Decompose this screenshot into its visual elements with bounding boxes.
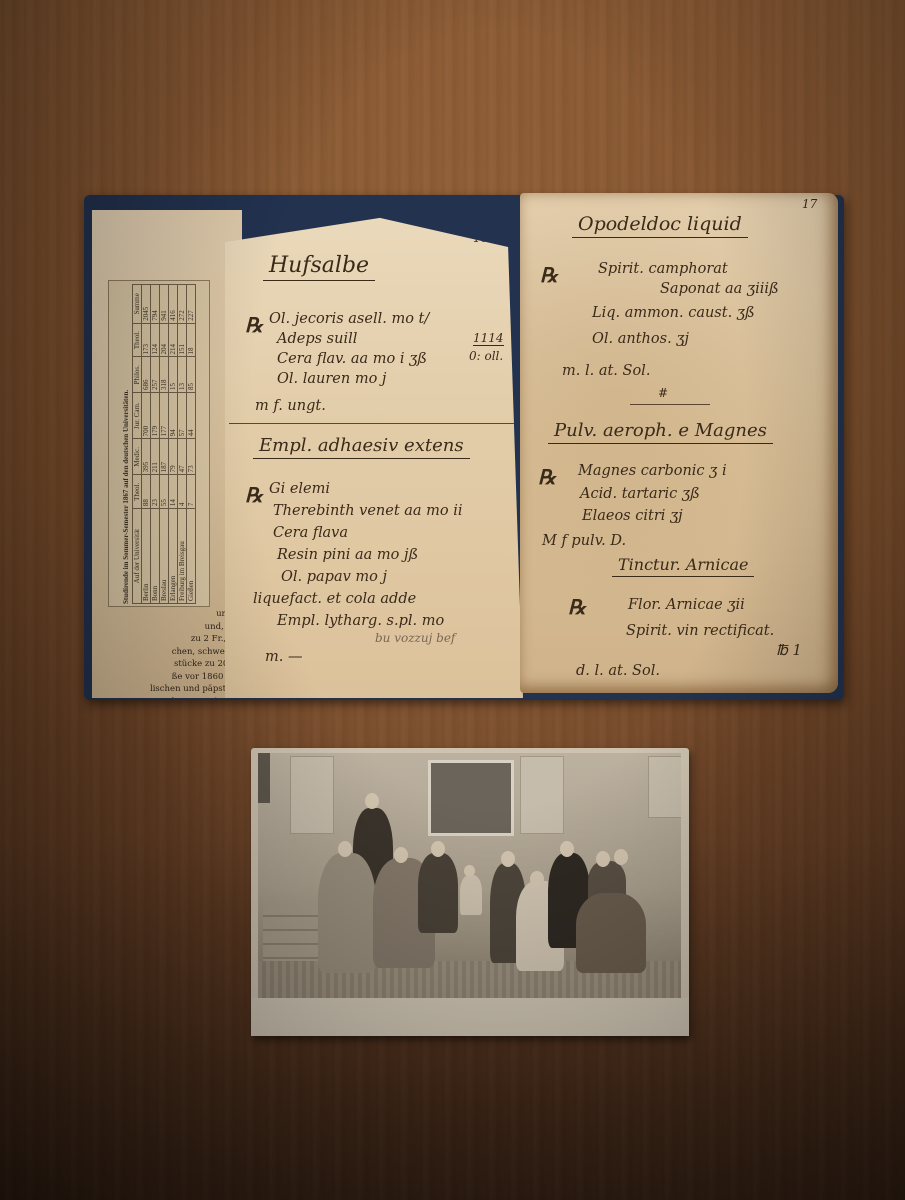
photo-person (318, 853, 376, 973)
clipping-cell: 79 (169, 438, 178, 474)
clipping-header: Auf der Universität (133, 508, 142, 603)
ingredient-line: Acid. tartaric ʒß (580, 486, 700, 502)
photo-shutter (290, 756, 334, 834)
clipping-cell: Berlin (142, 508, 151, 603)
ingredient-line: Flor. Arnicae ʒii (628, 597, 745, 613)
clipping-cell: Freiburg im Breisgau (178, 508, 187, 603)
clipping-cell: 173 (142, 323, 151, 357)
clipping-cell: 700 (142, 392, 151, 438)
photo-person-head (394, 847, 408, 863)
photo-person (576, 893, 646, 973)
photo-person-head (464, 865, 475, 877)
clipping-cell: 179 (151, 392, 160, 438)
clipping-header: Philos. (133, 356, 142, 392)
ingredient-line: Saponat aa ʒiiiß (660, 281, 779, 297)
clipping-cell: 257 (151, 356, 160, 392)
clipping-row: Bonn23211179257124794 (151, 284, 160, 603)
right-page-number: 17 (802, 197, 817, 211)
photo-person-head (596, 851, 610, 867)
recipe-closing: M f pulv. D. (542, 533, 626, 549)
newspaper-clipping-table: Studirende im Sommer-Semester 1867 auf d… (108, 280, 210, 607)
instruction-line: Empl. lytharg. s.pl. mo (277, 613, 444, 629)
clipping-cell: 272 (178, 284, 187, 323)
ingredient-line: Liq. ammon. caust. ʒß (592, 305, 755, 321)
photo-person-head (338, 841, 352, 857)
clipping-cell: 214 (169, 323, 178, 357)
recipe-closing: d. l. at. Sol. (576, 663, 660, 679)
clipping-cell: 941 (160, 284, 169, 323)
faint-line: bu vozzuj bef (375, 631, 455, 645)
ingredient-line: Therebinth venet aa mo ii (273, 503, 463, 519)
photo-image (258, 753, 681, 998)
clipping-cell: 794 (151, 284, 160, 323)
sepia-group-photograph (251, 748, 689, 1036)
recipe-title-empl-adhaesiv: Empl. adhaesiv extens (253, 435, 470, 459)
ingredient-line: ℔ 1 (776, 643, 802, 659)
left-page: 16 S Hufsalbe ℞ Ol. jecoris asell. mo t/… (225, 213, 523, 698)
clipping-cell: 15 (169, 356, 178, 392)
clipping-cell: 151 (178, 323, 187, 357)
clipping-cell: 44 (187, 392, 196, 438)
clipping-cell: 187 (160, 438, 169, 474)
divider-line (630, 404, 710, 405)
recipe-title-hufsalbe: Hufsalbe (263, 253, 375, 281)
clipping-cell: 7 (187, 474, 196, 508)
clipping-cell: 47 (178, 438, 187, 474)
clipping-cell: 4 (178, 474, 187, 508)
clipping-cell: 18 (187, 323, 196, 357)
photo-shutter (520, 756, 564, 834)
clipping-cell: Gießen (187, 508, 196, 603)
ingredient-line: Ol. papav mo j (281, 569, 387, 585)
recipe-title-opodeldoc: Opodeldoc liquid (572, 213, 748, 238)
instruction-line: liquefact. et cola adde (253, 591, 416, 607)
clipping-row: Breslau55187177318204941 (160, 284, 169, 603)
rx-symbol: ℞ (568, 595, 586, 619)
clipping-cell: 395 (142, 438, 151, 474)
clipping-cell: 23 (151, 474, 160, 508)
ingredient-line: Spirit. camphorat (598, 261, 728, 277)
photo-person-head (530, 871, 544, 887)
side-note: 1114 (473, 331, 504, 346)
clipping-cell: 211 (151, 438, 160, 474)
ingredient-line: Ol. lauren mo j (277, 371, 386, 387)
photo-steps (263, 903, 318, 963)
rx-symbol: ℞ (540, 263, 558, 287)
ingredient-line: Resin pini aa mo jß (277, 547, 418, 563)
ingredient-line: Gi elemi (269, 481, 330, 497)
clipping-row: Gießen773448518227 (187, 284, 196, 603)
ingredient-line: Ol. jecoris asell. mo t/ (269, 311, 429, 327)
clipping-cell: 73 (187, 438, 196, 474)
clipping-header: Summe (133, 284, 142, 323)
rx-symbol: ℞ (538, 465, 556, 489)
clipping-row: Berlin883957006861732045 (142, 284, 151, 603)
photo-shutter (648, 756, 681, 818)
photo-person (418, 853, 458, 933)
section-divider: # (658, 386, 668, 400)
clipping-cell: 13 (178, 356, 187, 392)
clipping-cell: 14 (169, 474, 178, 508)
recipe-closing: m. l. at. Sol. (562, 363, 650, 379)
recipe-title-tinctur-arnicae: Tinctur. Arnicae (612, 555, 754, 577)
clipping-header: Jur. Cam. (133, 392, 142, 438)
photo-window (428, 760, 514, 836)
recipe-closing: m. — (265, 649, 302, 665)
photo-person-head (501, 851, 515, 867)
clipping-cell: 416 (169, 284, 178, 323)
recipe-closing: m f. ungt. (255, 398, 326, 414)
clipping-cell: 55 (160, 474, 169, 508)
photo-person-head (614, 849, 628, 865)
ingredient-line: Ol. anthos. ʒj (592, 331, 689, 347)
clipping-cell: Bonn (151, 508, 160, 603)
ingredient-line: Spirit. vin rectificat. (626, 623, 774, 639)
ingredient-line: Magnes carbonic ʒ i (578, 463, 727, 479)
photo-person-head (365, 793, 379, 809)
recipe-title-pulv-aeroph: Pulv. aeroph. e Magnes (548, 420, 773, 444)
photo-door-window (258, 753, 270, 803)
photo-person-head (560, 841, 574, 857)
clipping-cell: 94 (169, 392, 178, 438)
photo-person-head (431, 841, 445, 857)
rx-symbol: ℞ (245, 483, 263, 507)
photo-card-mount (251, 998, 689, 1036)
clipping-cell: 227 (187, 284, 196, 323)
clipping-cell: 88 (142, 474, 151, 508)
photo-person (460, 875, 482, 915)
clipping-cell: Erlangen (169, 508, 178, 603)
clipping-cell: Breslau (160, 508, 169, 603)
clipping-cell: 2045 (142, 284, 151, 323)
rx-symbol: ℞ (245, 313, 263, 337)
ingredient-line: Elaeos citri ʒj (582, 508, 683, 524)
clipping-title: Studirende im Sommer-Semester 1867 auf d… (122, 284, 130, 604)
side-note: 0: oll. (469, 349, 503, 363)
clipping-header: Theol. (133, 474, 142, 508)
clipping-cell: 85 (187, 356, 196, 392)
clipping-row: Freiburg im Breisgau4475713151272 (178, 284, 187, 603)
clipping-header-row: Auf der Universität Theol. Medic. Jur. C… (133, 284, 142, 603)
ingredient-line: Adeps suill (277, 331, 357, 347)
clipping-cell: 124 (151, 323, 160, 357)
clipping-cell: 686 (142, 356, 151, 392)
clipping-cell: 57 (178, 392, 187, 438)
clipping-cell: 177 (160, 392, 169, 438)
clipping-header: Theol. (133, 323, 142, 357)
ingredient-line: Cera flava (273, 525, 348, 541)
clipping-cell: 204 (160, 323, 169, 357)
right-page: 17 Opodeldoc liquid ℞ Spirit. camphorat … (520, 193, 838, 693)
clipping-table: Auf der Universität Theol. Medic. Jur. C… (132, 284, 196, 604)
divider-line (229, 423, 519, 424)
clipping-cell: 318 (160, 356, 169, 392)
clipping-row: Erlangen14799415214416 (169, 284, 178, 603)
ingredient-line: Cera flav. aa mo i ʒß (277, 351, 427, 367)
clipping-header: Medic. (133, 438, 142, 474)
